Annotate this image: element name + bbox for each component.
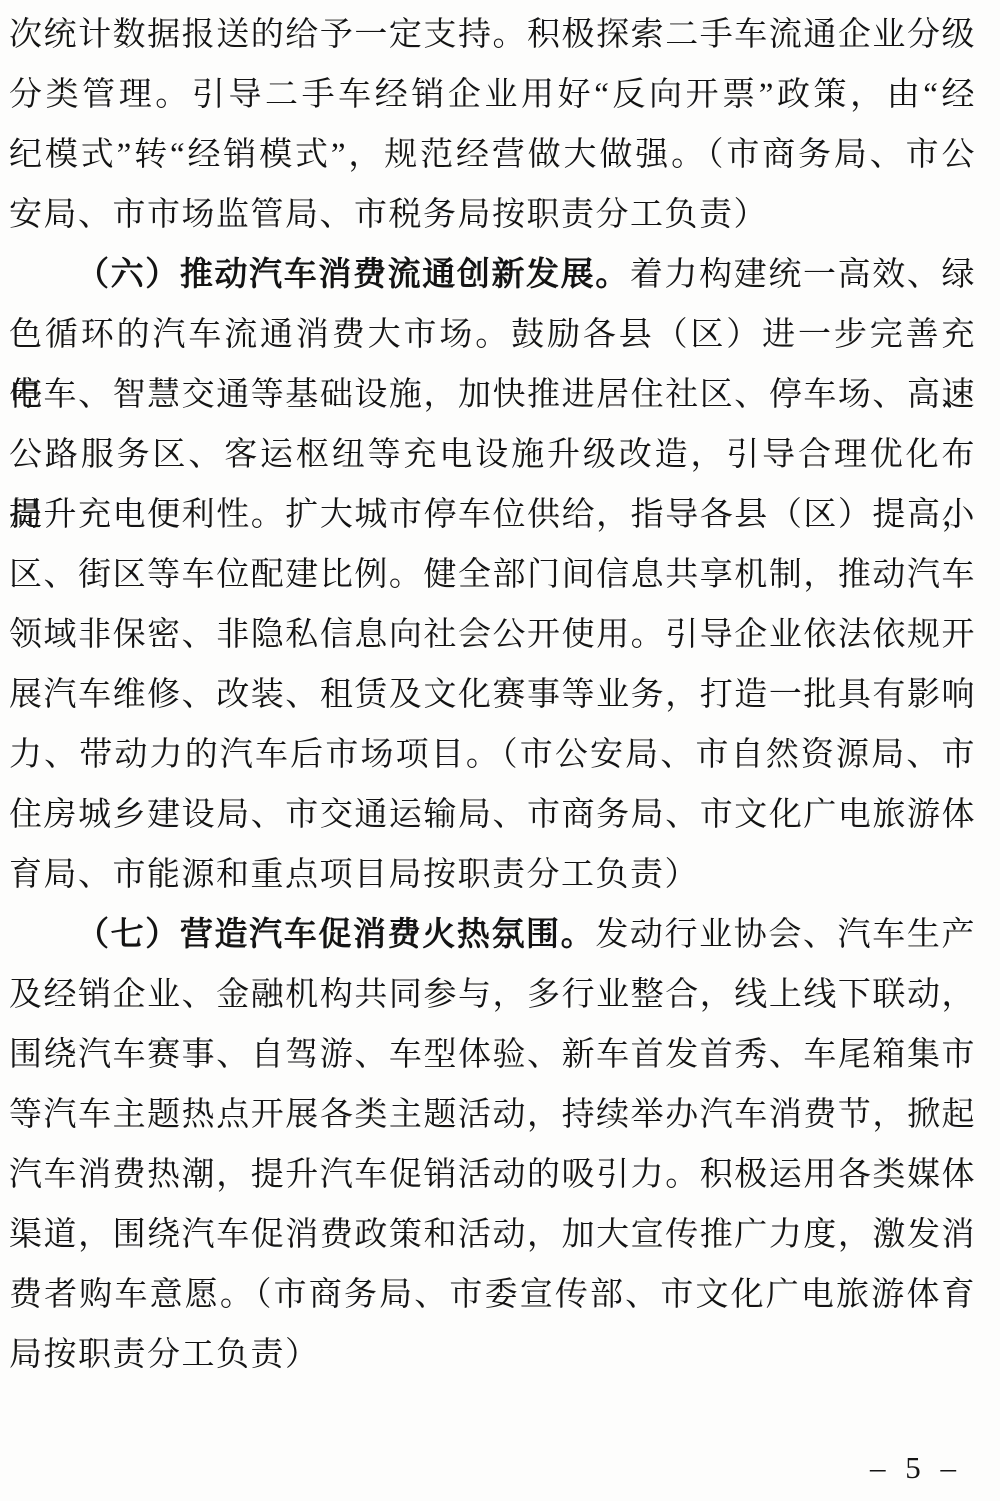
line-text: 领域非保密、非隐私信息向社会公开使用。引导企业依法依规开 (9, 617, 975, 653)
text-line: 力、带动力的汽车后市场项目。（市公安局、市自然资源局、市 (9, 725, 975, 785)
text-line: 汽车消费热潮，提升汽车促销活动的吸引力。积极运用各类媒体 (9, 1145, 975, 1205)
line-text: 提升充电便利性。扩大城市停车位供给，指导各县（区）提高小 (9, 497, 975, 533)
line-text: 安局、市市场监管局、市税务局按职责分工负责） (9, 197, 768, 233)
text-line: 纪模式”转“经销模式”，规范经营做大做强。（市商务局、市公 (9, 125, 975, 185)
line-text: 汽车消费热潮，提升汽车促销活动的吸引力。积极运用各类媒体 (9, 1157, 975, 1193)
text-line: （六）推动汽车消费流通创新发展。着力构建统一高效、绿 (9, 245, 975, 305)
line-text: 区、街区等车位配建比例。健全部门间信息共享机制，推动汽车 (9, 557, 975, 593)
section-heading: （六）推动汽车消费流通创新发展。 (76, 257, 630, 293)
line-text: 等汽车主题热点开展各类主题活动，持续举办汽车消费节，掀起 (9, 1097, 975, 1133)
text-line: 渠道，围绕汽车促消费政策和活动，加大宣传推广力度，激发消 (9, 1205, 975, 1265)
line-text: 发动行业协会、汽车生产 (595, 917, 975, 953)
section-heading: （七）营造汽车促消费火热氛围。 (76, 917, 595, 953)
text-line: 次统计数据报送的给予一定支持。积极探索二手车流通企业分级 (9, 5, 975, 65)
text-line: 区、街区等车位配建比例。健全部门间信息共享机制，推动汽车 (9, 545, 975, 605)
line-text: 渠道，围绕汽车促消费政策和活动，加大宣传推广力度，激发消 (9, 1217, 975, 1253)
line-text: 着力构建统一高效、绿 (630, 257, 975, 293)
body-text: 次统计数据报送的给予一定支持。积极探索二手车流通企业分级分类管理。引导二手车经销… (9, 5, 975, 1385)
line-text: 力、带动力的汽车后市场项目。（市公安局、市自然资源局、市 (9, 737, 975, 773)
text-line: 停车、智慧交通等基础设施，加快推进居住社区、停车场、高速 (9, 365, 975, 425)
text-line: 等汽车主题热点开展各类主题活动，持续举办汽车消费节，掀起 (9, 1085, 975, 1145)
line-text: 分类管理。引导二手车经销企业用好“反向开票”政策，由“经 (9, 77, 975, 113)
text-line: 及经销企业、金融机构共同参与，多行业整合，线上线下联动， (9, 965, 975, 1025)
line-text: 及经销企业、金融机构共同参与，多行业整合，线上线下联动， (9, 977, 975, 1013)
line-text: 停车、智慧交通等基础设施，加快推进居住社区、停车场、高速 (9, 377, 975, 413)
text-line: 色循环的汽车流通消费大市场。鼓励各县（区）进一步完善充电、 (9, 305, 975, 365)
text-line: 育局、市能源和重点项目局按职责分工负责） (9, 845, 975, 905)
text-line: 领域非保密、非隐私信息向社会公开使用。引导企业依法依规开 (9, 605, 975, 665)
line-text: 次统计数据报送的给予一定支持。积极探索二手车流通企业分级 (9, 17, 975, 53)
line-text: 纪模式”转“经销模式”，规范经营做大做强。（市商务局、市公 (9, 137, 975, 173)
line-text: 费者购车意愿。（市商务局、市委宣传部、市文化广电旅游体育 (9, 1277, 975, 1313)
text-line: 住房城乡建设局、市交通运输局、市商务局、市文化广电旅游体 (9, 785, 975, 845)
text-line: 费者购车意愿。（市商务局、市委宣传部、市文化广电旅游体育 (9, 1265, 975, 1325)
line-text: 局按职责分工负责） (9, 1337, 320, 1373)
line-text: 展汽车维修、改装、租赁及文化赛事等业务，打造一批具有影响 (9, 677, 975, 713)
text-line: 公路服务区、客运枢纽等充电设施升级改造，引导合理优化布局， (9, 425, 975, 485)
page-number: – 5 – (870, 1448, 958, 1488)
line-text: 育局、市能源和重点项目局按职责分工负责） (9, 857, 699, 893)
text-line: 局按职责分工负责） (9, 1325, 975, 1385)
line-text: 住房城乡建设局、市交通运输局、市商务局、市文化广电旅游体 (9, 797, 975, 833)
text-line: 提升充电便利性。扩大城市停车位供给，指导各县（区）提高小 (9, 485, 975, 545)
text-line: 展汽车维修、改装、租赁及文化赛事等业务，打造一批具有影响 (9, 665, 975, 725)
line-text: 围绕汽车赛事、自驾游、车型体验、新车首发首秀、车尾箱集市 (9, 1037, 975, 1073)
text-line: （七）营造汽车促消费火热氛围。发动行业协会、汽车生产 (9, 905, 975, 965)
text-line: 分类管理。引导二手车经销企业用好“反向开票”政策，由“经 (9, 65, 975, 125)
text-line: 围绕汽车赛事、自驾游、车型体验、新车首发首秀、车尾箱集市 (9, 1025, 975, 1085)
text-line: 安局、市市场监管局、市税务局按职责分工负责） (9, 185, 975, 245)
document-page: 次统计数据报送的给予一定支持。积极探索二手车流通企业分级分类管理。引导二手车经销… (0, 0, 1000, 1501)
